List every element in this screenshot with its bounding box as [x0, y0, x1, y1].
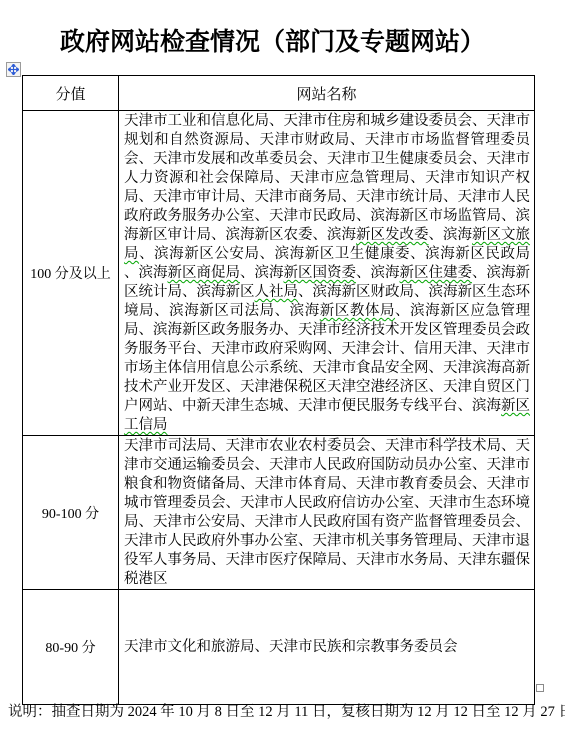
inspection-table: 分值 网站名称 100 分及以上 天津市工业和信息化局、天津市住房和城乡建设委员…: [22, 75, 535, 705]
website-list-text: 、滨海: [240, 265, 284, 281]
website-list-text: 、滨海: [356, 265, 400, 281]
spellcheck-flagged-text: 新区发改委: [356, 227, 429, 243]
spellcheck-flagged-text: 新区住建委: [400, 265, 473, 281]
spellcheck-flagged-text: 新区商促局: [168, 265, 241, 281]
table-resize-handle[interactable]: [536, 684, 544, 692]
note-text: 说明：抽查日期为 2024 年 10 月 8 日至 12 月 11 日，复核日期…: [8, 702, 560, 722]
website-list-text: 天津市工业和信息化局、天津市住房和城乡建设委员会、天津市规划和自然资源局、天津市…: [124, 113, 530, 243]
move-icon: [8, 64, 19, 75]
spellcheck-flagged-text: 新区教体局: [320, 303, 395, 319]
spellcheck-flagged-text: 新区国资委: [284, 265, 357, 281]
table-row: 80-90 分 天津市文化和旅游局、天津市民族和宗教事务委员会: [23, 590, 535, 705]
col-header-score: 分值: [23, 76, 119, 111]
website-list-text: 天津市文化和旅游局、天津市民族和宗教事务委员会: [124, 639, 458, 655]
spellcheck-flagged-text: 人社局: [255, 284, 299, 300]
website-list-cell: 天津市文化和旅游局、天津市民族和宗教事务委员会: [119, 590, 535, 705]
table-header-row: 分值 网站名称: [23, 76, 535, 111]
score-range-cell: 100 分及以上: [23, 111, 119, 436]
website-list-text: 、滨海新区应急管理局、滨海新区政务服务办、天津市经济技术开发区管理委员会政务服务…: [124, 303, 530, 414]
score-range-cell: 90-100 分: [23, 436, 119, 590]
page-title: 政府网站检查情况（部门及专题网站）: [0, 22, 545, 58]
col-header-website-name: 网站名称: [119, 76, 535, 111]
website-list-cell: 天津市工业和信息化局、天津市住房和城乡建设委员会、天津市规划和自然资源局、天津市…: [119, 111, 535, 436]
table-row: 90-100 分 天津市司法局、天津市农业农村委员会、天津市科学技术局、天津市交…: [23, 436, 535, 590]
website-list-text: 、滨海: [429, 227, 473, 243]
table-row: 100 分及以上 天津市工业和信息化局、天津市住房和城乡建设委员会、天津市规划和…: [23, 111, 535, 436]
table-move-handle[interactable]: [6, 62, 21, 77]
website-list-text: 天津市司法局、天津市农业农村委员会、天津市科学技术局、天津市交通运输委员会、天津…: [124, 438, 530, 587]
score-range-cell: 80-90 分: [23, 590, 119, 705]
website-list-cell: 天津市司法局、天津市农业农村委员会、天津市科学技术局、天津市交通运输委员会、天津…: [119, 436, 535, 590]
